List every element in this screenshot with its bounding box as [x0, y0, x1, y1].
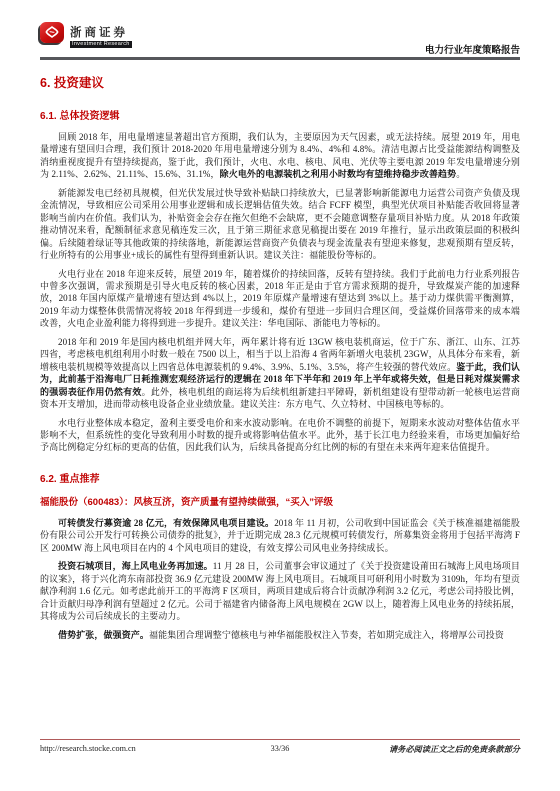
report-header: 浙商证券 Investment Research 电力行业年度策略报告 — [40, 22, 520, 56]
report-page: 浙商证券 Investment Research 电力行业年度策略报告 6. 投… — [0, 0, 560, 791]
report-footer: http://research.stocke.com.cn 33/36 请务必阅… — [40, 744, 520, 758]
paragraph-text: 福能集团合理调整宁德核电与神华福能股权注入节奏，若如期完成注入，将增厚公司投资 — [149, 630, 504, 640]
subsection-title-6-2: 6.2. 重点推荐 — [40, 470, 520, 485]
paragraph-expansion: 借势扩张，做强资产。福能集团合理调整宁德核电与神华福能股权注入节奏，若如期完成注… — [40, 629, 520, 641]
paragraph-bold-lead: 可转债发行募资逾 28 亿元，有效保障风电项目建设。 — [58, 518, 274, 528]
paragraph-thermal-power: 火电行业在 2018 年迎来反转，展望 2019 年，随着煤价的持续回落，反转有… — [40, 268, 520, 330]
footer-rule — [40, 739, 520, 740]
paragraph-convertible-bond: 可转债发行募资逾 28 亿元，有效保障风电项目建设。2018 年 11 月初，公… — [40, 517, 520, 554]
brand-text: 浙商证券 Investment Research — [70, 22, 132, 48]
paragraph-bold-text: 除火电外的电源装机之利用小时数均有望维持稳步改善趋势 — [220, 169, 457, 179]
subsection-title-6-1: 6.1. 总体投资逻辑 — [40, 107, 520, 122]
report-body: 6. 投资建议 6.1. 总体投资逻辑 回顾 2018 年，用电量增速显著超出官… — [40, 64, 520, 647]
section-title-6: 6. 投资建议 — [40, 73, 520, 91]
paragraph-new-energy: 新能源发电已经初具规模，但光伏发展过快导致补贴缺口持续放大，已显著影响新能源电力… — [40, 187, 520, 262]
paragraph-text: 。 — [456, 169, 465, 179]
paragraph-hydro-power: 水电行业整体成本稳定，盈利主要受电价和来水波动影响。在电价不调整的前提下，短期来… — [40, 417, 520, 454]
stock-recommendation-heading: 福能股份（600483）：风核互济，资产质量有望持续做强，“买入”评级 — [40, 494, 520, 508]
paragraph-overall-demand: 回顾 2018 年，用电量增速显著超出官方预期，我们认为，主要原因为天气因素，或… — [40, 131, 520, 181]
report-type-title: 电力行业年度策略报告 — [425, 42, 520, 56]
brand-name-en: Investment Research — [70, 41, 132, 48]
paragraph-shicheng-project: 投资石城项目，海上风电业务再加速。11 月 28 日，公司董事会审议通过了《关于… — [40, 560, 520, 622]
header-rule — [40, 57, 520, 60]
zheshang-knot-icon — [40, 22, 64, 43]
footer-disclaimer: 请务必阅读正文之后的免责条款部分 — [389, 744, 520, 755]
paragraph-bold-lead: 借势扩张，做强资产。 — [58, 630, 149, 640]
brand-logo: 浙商证券 Investment Research — [40, 22, 132, 48]
paragraph-nuclear-power: 2018 年和 2019 年是国内核电机组并网大年，两年累计将有近 13GW 核… — [40, 336, 520, 411]
paragraph-bold-lead: 投资石城项目，海上风电业务再加速。 — [58, 561, 213, 571]
brand-name-cn: 浙商证券 — [70, 24, 132, 40]
paragraph-text: 2018 年和 2019 年是国内核电机组并网大年，两年累计将有近 13GW 核… — [40, 337, 520, 372]
